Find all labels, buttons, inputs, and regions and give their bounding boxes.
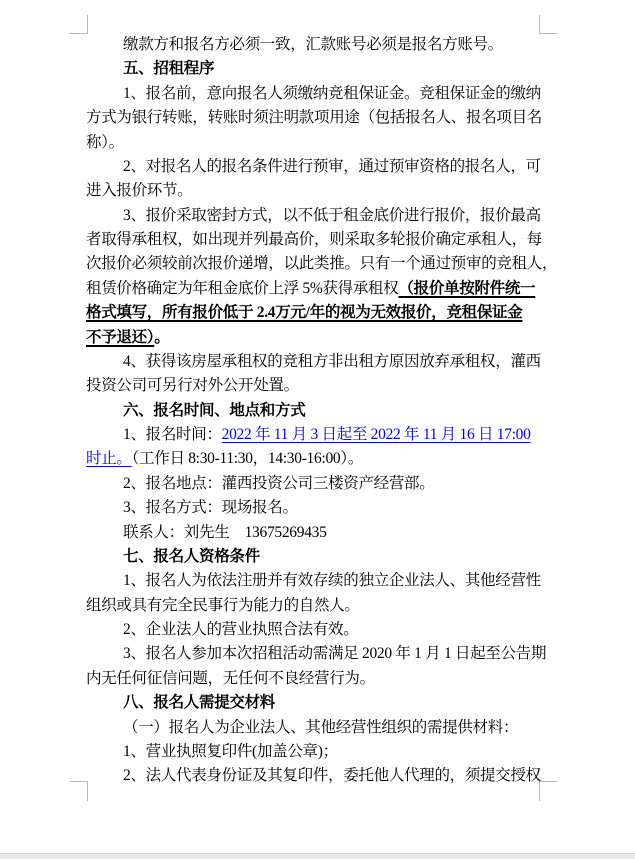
body-text: 3、报名人参加本次招租活动需满足 2020 年 1 月 1 日起至公告期 bbox=[123, 645, 546, 662]
text-line: 2、企业法人的营业执照合法有效。 bbox=[86, 618, 542, 642]
text-line: 七、报名人资格条件 bbox=[86, 545, 542, 569]
document-body[interactable]: 缴款方和报名方必须一致，汇款账号必须是报名方账号。五、招租程序1、报名前，意向报… bbox=[86, 33, 542, 789]
text-line: 者取得承租权，如出现并列最高价，则采取多轮报价确定承租人，每 bbox=[86, 228, 542, 252]
text-line: 1、报名前，意向报名人须缴纳竞租保证金。竞租保证金的缴纳 bbox=[86, 82, 542, 106]
text-line: 称）。 bbox=[86, 131, 542, 155]
heading-text: 七、报名人资格条件 bbox=[123, 548, 260, 565]
body-text: 联系人：刘先生 13675269435 bbox=[123, 524, 327, 541]
text-line: 2、报名地点：灌西投资公司三楼资产经营部。 bbox=[86, 472, 542, 496]
text-line: 五、招租程序 bbox=[86, 57, 542, 81]
body-text: 2、报名地点：灌西投资公司三楼资产经营部。 bbox=[123, 475, 434, 492]
text-line: 4、获得该房屋承租权的竞租方非出租方原因放弃承租权，灌西 bbox=[86, 350, 542, 374]
text-line: 格式填写，所有报价低于 2.4万元/年的视为无效报价，竞租保证金 bbox=[86, 301, 542, 325]
text-line: 进入报价环节。 bbox=[86, 179, 542, 203]
body-text: 1、报名前，意向报名人须缴纳竞租保证金。竞租保证金的缴纳 bbox=[123, 85, 541, 102]
text-line: 1、报名人为依法注册并有效存续的独立企业法人、其他经营性 bbox=[86, 569, 542, 593]
document-page-view: { "page": { "background_color": "#ffffff… bbox=[0, 0, 635, 859]
body-text: 2、对报名人的报名条件进行预审，通过预审资格的报名人，可 bbox=[123, 158, 541, 175]
page-gap-divider bbox=[0, 853, 635, 859]
heading-text: 八、报名人需提交材料 bbox=[123, 694, 275, 711]
body-text: 3、报价采取密封方式，以不低于租金底价进行报价，报价最高 bbox=[123, 207, 541, 224]
body-text: 投资公司可另行对外公开处置。 bbox=[86, 377, 299, 394]
heading-text: 。 bbox=[154, 329, 169, 346]
heading-text: 六、报名时间、地点和方式 bbox=[123, 402, 305, 419]
margin-mark-top-left bbox=[70, 15, 88, 34]
body-text: 2、企业法人的营业执照合法有效。 bbox=[123, 621, 358, 638]
text-line: 时止。（工作日 8:30-11:30，14:30-16:00）。 bbox=[86, 447, 542, 471]
text-line: 2、对报名人的报名条件进行预审，通过预审资格的报名人，可 bbox=[86, 155, 542, 179]
emphasized-clause-text: 不予退还） bbox=[86, 329, 154, 346]
body-text: 4、获得该房屋承租权的竞租方非出租方原因放弃承租权，灌西 bbox=[123, 353, 541, 370]
text-line: 次报价必须较前次报价递增，以此类推。只有一个通过预审的竞租人， bbox=[86, 252, 542, 276]
text-line: 缴款方和报名方必须一致，汇款账号必须是报名方账号。 bbox=[86, 33, 542, 57]
heading-text: 五、招租程序 bbox=[123, 60, 214, 77]
body-text: 次报价必须较前次报价递增，以此类推。只有一个通过预审的竞租人， bbox=[86, 255, 557, 272]
emphasized-clause-text: 格式填写，所有报价低于 2.4万元/年的视为无效报价，竞租保证金 bbox=[86, 304, 522, 321]
text-line: 组织或具有完全民事行为能力的自然人。 bbox=[86, 594, 542, 618]
highlighted-date-text: 2022 年 11 月 3 日起至 2022 年 11 月 16 日 17:00 bbox=[222, 426, 531, 443]
highlighted-date-text: 时止。 bbox=[86, 450, 132, 467]
body-text: 2、法人代表身份证及其复印件，委托他人代理的，须提交授权 bbox=[123, 767, 541, 784]
body-text: （工作日 8:30-11:30，14:30-16:00）。 bbox=[132, 450, 363, 467]
text-line: 3、报价采取密封方式，以不低于租金底价进行报价，报价最高 bbox=[86, 204, 542, 228]
body-text: 者取得承租权，如出现并列最高价，则采取多轮报价确定承租人，每 bbox=[86, 231, 542, 248]
body-text: 1、报名时间： bbox=[123, 426, 222, 443]
text-line: 租赁价格确定为年租金底价上浮 5%获得承租权（报价单按附件统一 bbox=[86, 277, 542, 301]
body-text: 称）。 bbox=[86, 134, 124, 151]
text-line: 3、报名方式：现场报名。 bbox=[86, 496, 542, 520]
text-line: 1、报名时间：2022 年 11 月 3 日起至 2022 年 11 月 16 … bbox=[86, 423, 542, 447]
body-text: 1、营业执照复印件(加盖公章)； bbox=[123, 743, 338, 760]
body-text: （一）报名人为企业法人、其他经营性组织的需提供材料： bbox=[123, 719, 518, 736]
text-line: 1、营业执照复印件(加盖公章)； bbox=[86, 740, 542, 764]
margin-mark-top-right bbox=[539, 15, 557, 34]
body-text: 方式为银行转账，转账时须注明款项用途（包括报名人、报名项目名 bbox=[86, 109, 542, 126]
body-text: 内无任何征信问题，无任何不良经营行为。 bbox=[86, 670, 375, 687]
body-text: 缴款方和报名方必须一致，汇款账号必须是报名方账号。 bbox=[123, 36, 503, 53]
body-text: 进入报价环节。 bbox=[86, 182, 192, 199]
text-line: 不予退还）。 bbox=[86, 326, 542, 350]
text-line: 内无任何征信问题，无任何不良经营行为。 bbox=[86, 667, 542, 691]
text-line: 八、报名人需提交材料 bbox=[86, 691, 542, 715]
body-text: 1、报名人为依法注册并有效存续的独立企业法人、其他经营性 bbox=[123, 572, 541, 589]
body-text: 3、报名方式：现场报名。 bbox=[123, 499, 298, 516]
text-line: 方式为银行转账，转账时须注明款项用途（包括报名人、报名项目名 bbox=[86, 106, 542, 130]
text-line: 联系人：刘先生 13675269435 bbox=[86, 521, 542, 545]
body-text: 组织或具有完全民事行为能力的自然人。 bbox=[86, 597, 360, 614]
emphasized-clause-text: （报价单按附件统一 bbox=[398, 280, 535, 297]
document-page: 缴款方和报名方必须一致，汇款账号必须是报名方账号。五、招租程序1、报名前，意向报… bbox=[0, 0, 635, 859]
text-line: 投资公司可另行对外公开处置。 bbox=[86, 374, 542, 398]
text-line: 六、报名时间、地点和方式 bbox=[86, 399, 542, 423]
text-line: （一）报名人为企业法人、其他经营性组织的需提供材料： bbox=[86, 716, 542, 740]
text-line: 2、法人代表身份证及其复印件，委托他人代理的，须提交授权 bbox=[86, 764, 542, 788]
text-line: 3、报名人参加本次招租活动需满足 2020 年 1 月 1 日起至公告期 bbox=[86, 642, 542, 666]
body-text: 租赁价格确定为年租金底价上浮 5%获得承租权 bbox=[86, 280, 398, 297]
